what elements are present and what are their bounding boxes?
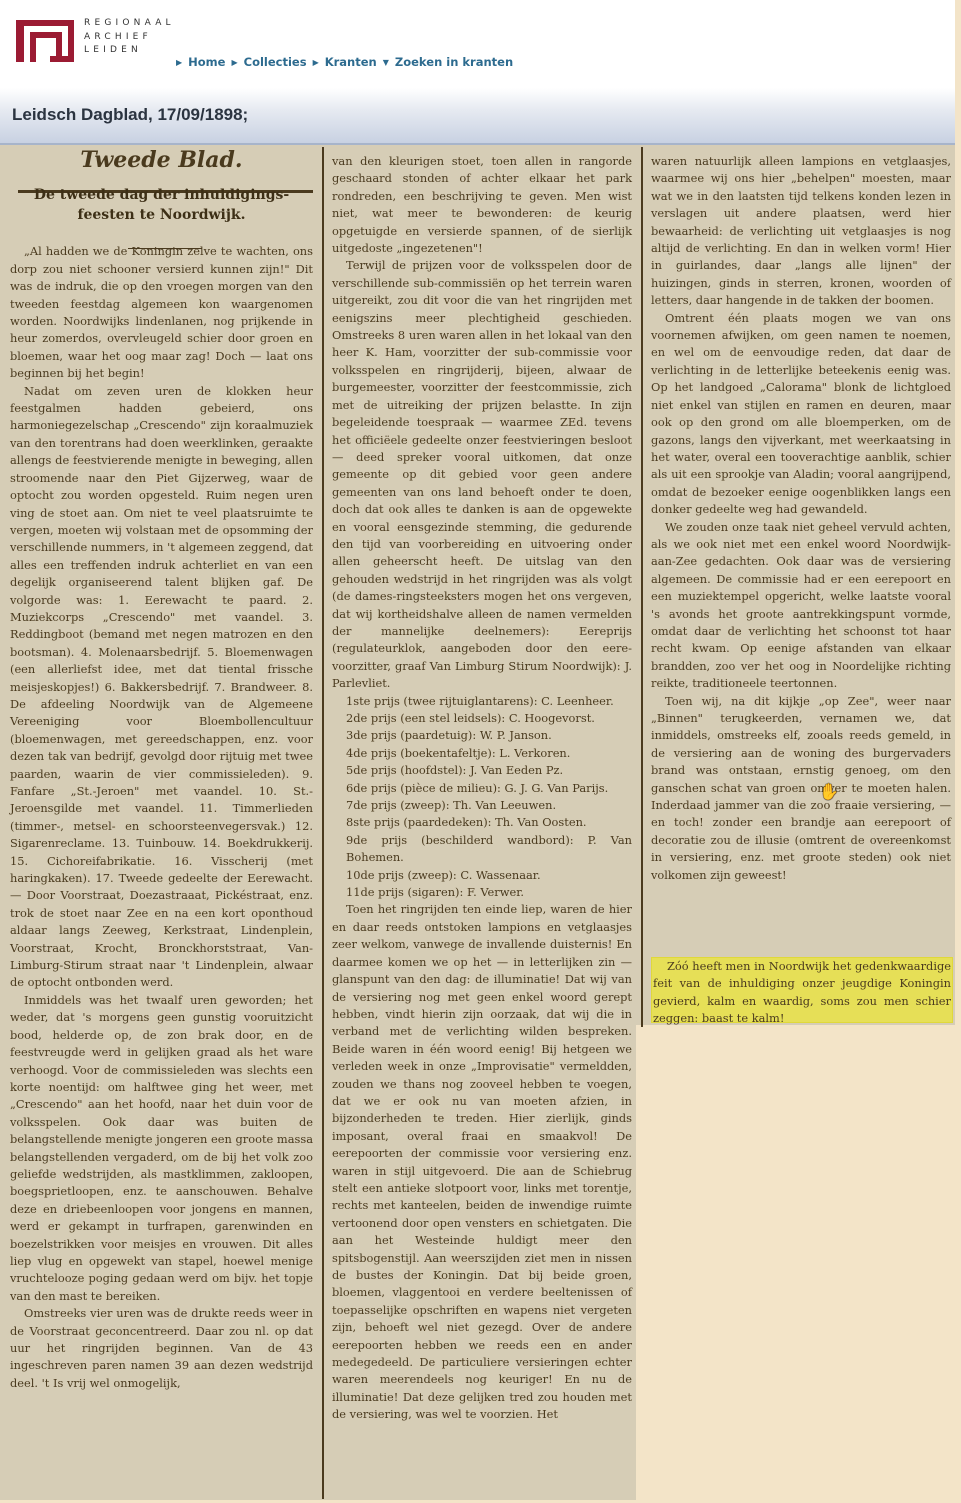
column-divider: [641, 147, 643, 1027]
prize-item: 10de prijs (zweep): C. Wassenaar.: [332, 867, 632, 884]
paragraph: Omtrent één plaats mogen we van ons voor…: [651, 310, 951, 519]
article-column-3: waren natuurlijk alleen lampions en vetg…: [651, 153, 951, 884]
paragraph: Inmiddels was het twaalf uren geworden; …: [10, 992, 313, 1305]
paragraph: Terwijl de prijzen voor de volksspelen d…: [332, 257, 632, 692]
paragraph: van den kleurigen stoet, toen allen in r…: [332, 153, 632, 257]
logo-text: REGIONAAL ARCHIEF LEIDEN: [84, 17, 175, 58]
highlighted-text: Zóó heeft men in Noordwijk het gedenkwaa…: [653, 958, 951, 1028]
hand-pointer-icon: ✋: [819, 782, 839, 802]
paragraph: Nadat om zeven uren de klokken heur fees…: [10, 383, 313, 992]
article-column-1: Tweede Blad. De tweede dag der inhuldigi…: [10, 152, 313, 1392]
logo-line-1: REGIONAAL: [84, 17, 175, 31]
prize-item: 4de prijs (boekentafeltje): L. Verkoren.: [332, 745, 632, 762]
prize-item: 8ste prijs (paardedeken): Th. Van Oosten…: [332, 814, 632, 831]
paragraph: Toen wij, na dit kijkje „op Zee", weer n…: [651, 693, 951, 884]
title-bar: Leidsch Dagblad, 17/09/1898;: [0, 88, 955, 145]
column-divider: [322, 147, 324, 1499]
site-header: REGIONAAL ARCHIEF LEIDEN ▶ Home ▶ Collec…: [0, 0, 955, 88]
triangle-right-icon: ▶: [313, 58, 319, 67]
article-headline: De tweede dag der inhuldigings-feesten t…: [10, 185, 313, 225]
page-title: Leidsch Dagblad, 17/09/1898;: [12, 105, 248, 125]
paragraph: waren natuurlijk alleen lampions en vetg…: [651, 153, 951, 310]
breadcrumb-kranten[interactable]: Kranten: [325, 55, 377, 69]
prize-item: 3de prijs (paardetuig): W. P. Janson.: [332, 727, 632, 744]
triangle-right-icon: ▶: [176, 58, 182, 67]
paragraph: We zouden onze taak niet geheel vervuld …: [651, 519, 951, 693]
section-title: Tweede Blad.: [10, 152, 313, 169]
prize-item: 7de prijs (zweep): Th. Van Leeuwen.: [332, 797, 632, 814]
prize-item: 5de prijs (hoofdstel): J. Van Eeden Pz.: [332, 762, 632, 779]
prize-item: 11de prijs (sigaren): F. Verwer.: [332, 884, 632, 901]
prize-item: 9de prijs (beschilderd wandbord): P. Van…: [332, 832, 632, 867]
breadcrumb: ▶ Home ▶ Collecties ▶ Kranten ▼ Zoeken i…: [176, 55, 513, 69]
paragraph: Toen het ringrijden ten einde liep, ware…: [332, 901, 632, 1423]
breadcrumb-collecties[interactable]: Collecties: [244, 55, 307, 69]
paragraph: Omstreeks vier uren was de drukte reeds …: [10, 1305, 313, 1392]
logo-line-3: LEIDEN: [84, 44, 175, 58]
highlighted-paragraph: Zóó heeft men in Noordwijk het gedenkwaa…: [653, 958, 951, 1028]
article-column-2: van den kleurigen stoet, toen allen in r…: [332, 153, 632, 1424]
prize-item: 1ste prijs (twee rijtuiglantarens): C. L…: [332, 693, 632, 710]
triangle-right-icon: ▶: [231, 58, 237, 67]
paragraph: „Al hadden we de Koningin zelve te wacht…: [10, 243, 313, 382]
regionaal-archief-logo-icon[interactable]: [16, 20, 74, 62]
prize-item: 2de prijs (een stel leidsels): C. Hoogev…: [332, 710, 632, 727]
logo-line-2: ARCHIEF: [84, 31, 175, 45]
prize-item: 6de prijs (pièce de milieu): G. J. G. Va…: [332, 780, 632, 797]
breadcrumb-home[interactable]: Home: [188, 55, 225, 69]
breadcrumb-zoeken-in-kranten[interactable]: Zoeken in kranten: [395, 55, 513, 69]
triangle-down-icon: ▼: [383, 58, 389, 67]
